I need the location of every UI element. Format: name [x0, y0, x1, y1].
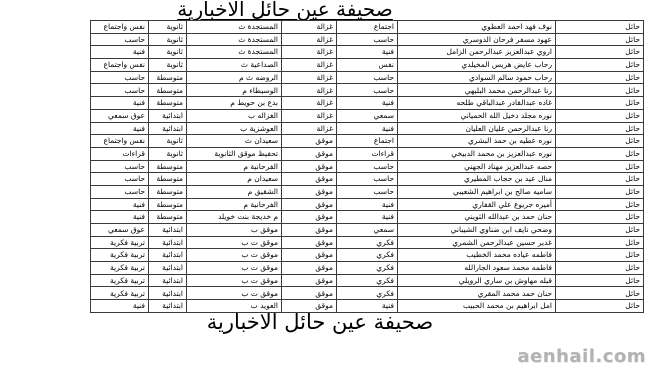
- cell-location: موقق: [282, 224, 337, 237]
- cell-city: حائل: [556, 122, 644, 135]
- table-row: حائلرنا عبدالرحمن عليان العليانفنيةغزالة…: [91, 122, 644, 135]
- table-row: حائلرحاب حمود سالم السواديحاسبغزالةالروض…: [91, 71, 644, 84]
- table-row: حائلرنا عبدالرحمن محمد البليهيحاسبغزالةا…: [91, 84, 644, 97]
- cell-specialty: فنية: [91, 97, 149, 110]
- cell-location: غزالة: [282, 109, 337, 122]
- cell-specialty: نفس واجتماع: [91, 59, 149, 72]
- cell-city: حائل: [556, 224, 644, 237]
- cell-specialty: نفس واجتماع: [91, 21, 149, 34]
- cell-level: متوسطة: [149, 71, 187, 84]
- cell-name: رنا عبدالرحمن عليان العليان: [398, 122, 556, 135]
- cell-specialty: فنية: [91, 46, 149, 59]
- cell-level: ثانوية: [149, 21, 187, 34]
- table-row: حائلغدير حسين عبدالرحمن الشمريفكريموققمو…: [91, 236, 644, 249]
- table-row: حائلمنال عيد بن حجاب المطيريحاسبموققسعيد…: [91, 173, 644, 186]
- cell-level: متوسطة: [149, 84, 187, 97]
- cell-subject: اجتماع: [337, 21, 398, 34]
- cell-level: ابتدائية: [149, 224, 187, 237]
- table-row: حائلقبله مهاوش بن ساري الرويليفكريموققمو…: [91, 274, 644, 287]
- cell-location: غزالة: [282, 33, 337, 46]
- cell-school: م خديجة بنت خويلد: [187, 211, 282, 224]
- cell-name: رحاب عايض هريس المخيلدي: [398, 59, 556, 72]
- cell-subject: قراءات: [337, 147, 398, 160]
- cell-subject: فنية: [337, 46, 398, 59]
- cell-subject: حاسب: [337, 185, 398, 198]
- table-row: حائلاروي عبدالعزيز عبدالرحمن الزاملفنيةغ…: [91, 46, 644, 59]
- cell-specialty: نفس واجتماع: [91, 135, 149, 148]
- cell-name: وضحي نايف ابن ضناوي الشيباني: [398, 224, 556, 237]
- cell-school: الفرحانية م: [187, 198, 282, 211]
- cell-level: متوسطة: [149, 185, 187, 198]
- table-row: حائلنوف فهد احمد العطوياجتماعغزالةالمستج…: [91, 21, 644, 34]
- cell-location: موقق: [282, 249, 337, 262]
- cell-city: حائل: [556, 198, 644, 211]
- cell-specialty: حاسب: [91, 185, 149, 198]
- table-row: حائلنوره عبدالعزيز بن محمد الدبيخيقراءات…: [91, 147, 644, 160]
- cell-specialty: تربية فكرية: [91, 236, 149, 249]
- cell-subject: فنية: [337, 97, 398, 110]
- cell-school: الوسيطاء م: [187, 84, 282, 97]
- cell-name: نوره عطيه بن حمد البشري: [398, 135, 556, 148]
- cell-name: حنان حمد محمد المقري: [398, 287, 556, 300]
- cell-city: حائل: [556, 173, 644, 186]
- table-row: حائلحصه عبدالعزيز مهناد الجهنيحاسبموققال…: [91, 160, 644, 173]
- cell-location: موقق: [282, 236, 337, 249]
- cell-school: موقق ت ب: [187, 287, 282, 300]
- table-row: حائلنوره مجلد دخيل الله الحميانيسمعيغزال…: [91, 109, 644, 122]
- table-row: حائلفاطمه محمد سعود الجاراللهفكريموققموق…: [91, 262, 644, 275]
- cell-level: ابتدائية: [149, 122, 187, 135]
- cell-location: غزالة: [282, 71, 337, 84]
- cell-location: موقق: [282, 147, 337, 160]
- cell-subject: سمعي: [337, 224, 398, 237]
- cell-subject: فكري: [337, 287, 398, 300]
- teachers-table: حائلنوف فهد احمد العطوياجتماعغزالةالمستج…: [90, 20, 644, 313]
- cell-school: المستجدة ث: [187, 33, 282, 46]
- cell-specialty: عوق سمعي: [91, 224, 149, 237]
- cell-level: ابتدائية: [149, 249, 187, 262]
- cell-specialty: تربية فكرية: [91, 274, 149, 287]
- page-title-top: صحيفة عين حائل الاخبارية: [0, 0, 570, 21]
- cell-school: الروضه ث م: [187, 71, 282, 84]
- cell-name: منال عيد بن حجاب المطيري: [398, 173, 556, 186]
- cell-city: حائل: [556, 59, 644, 72]
- cell-city: حائل: [556, 97, 644, 110]
- cell-subject: فكري: [337, 249, 398, 262]
- cell-specialty: حاسب: [91, 71, 149, 84]
- cell-city: حائل: [556, 109, 644, 122]
- cell-location: غزالة: [282, 84, 337, 97]
- table-row: حائلرحاب عايض هريس المخيلدينفسغزالةالصدا…: [91, 59, 644, 72]
- cell-name: رنا عبدالرحمن محمد البليهي: [398, 84, 556, 97]
- cell-level: متوسطة: [149, 173, 187, 186]
- cell-school: العوشزية ب: [187, 122, 282, 135]
- cell-location: غزالة: [282, 46, 337, 59]
- cell-specialty: حاسب: [91, 33, 149, 46]
- cell-school: موقق ب: [187, 224, 282, 237]
- page: { "page": { "title_top": "صحيفة عين حائل…: [0, 0, 650, 371]
- cell-location: موقق: [282, 173, 337, 186]
- cell-level: ابتدائية: [149, 274, 187, 287]
- cell-level: ابتدائية: [149, 109, 187, 122]
- cell-city: حائل: [556, 211, 644, 224]
- cell-city: حائل: [556, 236, 644, 249]
- cell-name: حنان حمد بن عبدالله الثويني: [398, 211, 556, 224]
- cell-level: ابتدائية: [149, 262, 187, 275]
- cell-city: حائل: [556, 71, 644, 84]
- cell-city: حائل: [556, 185, 644, 198]
- table-row: حائلفاطمه عياده محمد الخطيبفكريموققموقق …: [91, 249, 644, 262]
- cell-subject: نفس: [337, 59, 398, 72]
- cell-subject: حاسب: [337, 160, 398, 173]
- cell-name: نوره عبدالعزيز بن محمد الدبيخي: [398, 147, 556, 160]
- cell-specialty: حاسب: [91, 160, 149, 173]
- cell-location: موقق: [282, 160, 337, 173]
- cell-subject: فكري: [337, 262, 398, 275]
- cell-specialty: فنية: [91, 211, 149, 224]
- cell-specialty: فنية: [91, 198, 149, 211]
- cell-specialty: حاسب: [91, 173, 149, 186]
- cell-school: تحفيظ موقق الثانوية: [187, 147, 282, 160]
- cell-school: موقق ت ب: [187, 249, 282, 262]
- cell-school: بدع بن حويط م: [187, 97, 282, 110]
- cell-location: غزالة: [282, 97, 337, 110]
- cell-name: اروي عبدالعزيز عبدالرحمن الزامل: [398, 46, 556, 59]
- cell-school: الفرحانية م: [187, 160, 282, 173]
- cell-city: حائل: [556, 147, 644, 160]
- cell-name: غاده عبدالقادر عبدالباقي طلحه: [398, 97, 556, 110]
- cell-name: عهود مسفر فرحان الدوسري: [398, 33, 556, 46]
- cell-name: غدير حسين عبدالرحمن الشمري: [398, 236, 556, 249]
- cell-location: موقق: [282, 198, 337, 211]
- site-watermark: aenhail.com: [517, 346, 646, 367]
- cell-school: المستجدة ث: [187, 21, 282, 34]
- table-row: حائلحنان حمد بن عبدالله الثوينيفنيةموققم…: [91, 211, 644, 224]
- cell-level: ثانوية: [149, 135, 187, 148]
- cell-school: موقق ت ب: [187, 262, 282, 275]
- table-row: حائلوضحي نايف ابن ضناوي الشيبانيسمعيموقق…: [91, 224, 644, 237]
- cell-specialty: عوق سمعي: [91, 109, 149, 122]
- cell-location: غزالة: [282, 21, 337, 34]
- cell-subject: فنية: [337, 211, 398, 224]
- cell-school: موقق ت ب: [187, 274, 282, 287]
- cell-location: غزالة: [282, 59, 337, 72]
- cell-school: الصداعية ث: [187, 59, 282, 72]
- cell-school: المستجدة ث: [187, 46, 282, 59]
- cell-school: سعيدان م: [187, 173, 282, 186]
- cell-location: موقق: [282, 274, 337, 287]
- cell-location: موقق: [282, 185, 337, 198]
- cell-subject: فنية: [337, 198, 398, 211]
- cell-school: الغزاله ب: [187, 109, 282, 122]
- cell-name: أميره جريوع علي القفاري: [398, 198, 556, 211]
- cell-subject: حاسب: [337, 33, 398, 46]
- cell-subject: سمعي: [337, 109, 398, 122]
- cell-city: حائل: [556, 262, 644, 275]
- cell-name: فاطمه عياده محمد الخطيب: [398, 249, 556, 262]
- cell-level: ابتدائية: [149, 287, 187, 300]
- table-row: حائلنوره عطيه بن حمد البشرياجتماعموققسعي…: [91, 135, 644, 148]
- cell-subject: فكري: [337, 236, 398, 249]
- table-row: حائلأميره جريوع علي القفاريفنيةموققالفرح…: [91, 198, 644, 211]
- table-row: حائلعهود مسفر فرحان الدوسريحاسبغزالةالمس…: [91, 33, 644, 46]
- cell-city: حائل: [556, 84, 644, 97]
- table-row: حائلحنان حمد محمد المقريفكريموققموقق ت ب…: [91, 287, 644, 300]
- cell-level: متوسطة: [149, 198, 187, 211]
- cell-city: حائل: [556, 274, 644, 287]
- cell-location: موقق: [282, 287, 337, 300]
- cell-city: حائل: [556, 46, 644, 59]
- cell-city: حائل: [556, 33, 644, 46]
- cell-name: قبله مهاوش بن ساري الرويلي: [398, 274, 556, 287]
- cell-subject: فكري: [337, 274, 398, 287]
- cell-specialty: حاسب: [91, 84, 149, 97]
- cell-specialty: فنية: [91, 122, 149, 135]
- cell-subject: حاسب: [337, 84, 398, 97]
- cell-name: نوف فهد احمد العطوي: [398, 21, 556, 34]
- cell-name: نوره مجلد دخيل الله الحمياني: [398, 109, 556, 122]
- cell-location: موقق: [282, 135, 337, 148]
- cell-location: موقق: [282, 211, 337, 224]
- cell-city: حائل: [556, 287, 644, 300]
- cell-specialty: تربية فكرية: [91, 262, 149, 275]
- cell-level: متوسطة: [149, 160, 187, 173]
- cell-city: حائل: [556, 21, 644, 34]
- cell-name: فاطمه محمد سعود الجارالله: [398, 262, 556, 275]
- cell-location: موقق: [282, 262, 337, 275]
- cell-subject: حاسب: [337, 71, 398, 84]
- table-row: حائلساميه صالح بن ابراهيم الشعيبيحاسبموق…: [91, 185, 644, 198]
- cell-subject: اجتماع: [337, 135, 398, 148]
- table-row: حائلغاده عبدالقادر عبدالباقي طلحهفنيةغزا…: [91, 97, 644, 110]
- cell-school: سعيدان ث: [187, 135, 282, 148]
- cell-level: ثانوية: [149, 46, 187, 59]
- cell-level: ثانوية: [149, 33, 187, 46]
- cell-city: حائل: [556, 135, 644, 148]
- page-title-bottom: صحيفة عين حائل الاخبارية: [0, 310, 640, 334]
- cell-city: حائل: [556, 249, 644, 262]
- cell-level: ثانوية: [149, 59, 187, 72]
- cell-name: ساميه صالح بن ابراهيم الشعيبي: [398, 185, 556, 198]
- cell-specialty: قراءات: [91, 147, 149, 160]
- cell-school: الشقيق م: [187, 185, 282, 198]
- cell-level: ثانوية: [149, 147, 187, 160]
- cell-level: ابتدائية: [149, 236, 187, 249]
- cell-subject: فنية: [337, 122, 398, 135]
- cell-specialty: تربية فكرية: [91, 249, 149, 262]
- cell-location: غزالة: [282, 122, 337, 135]
- cell-level: متوسطة: [149, 97, 187, 110]
- cell-city: حائل: [556, 160, 644, 173]
- cell-name: رحاب حمود سالم السوادي: [398, 71, 556, 84]
- cell-school: موقق ت ب: [187, 236, 282, 249]
- cell-name: حصه عبدالعزيز مهناد الجهني: [398, 160, 556, 173]
- cell-subject: حاسب: [337, 173, 398, 186]
- cell-level: متوسطة: [149, 211, 187, 224]
- cell-specialty: تربية فكرية: [91, 287, 149, 300]
